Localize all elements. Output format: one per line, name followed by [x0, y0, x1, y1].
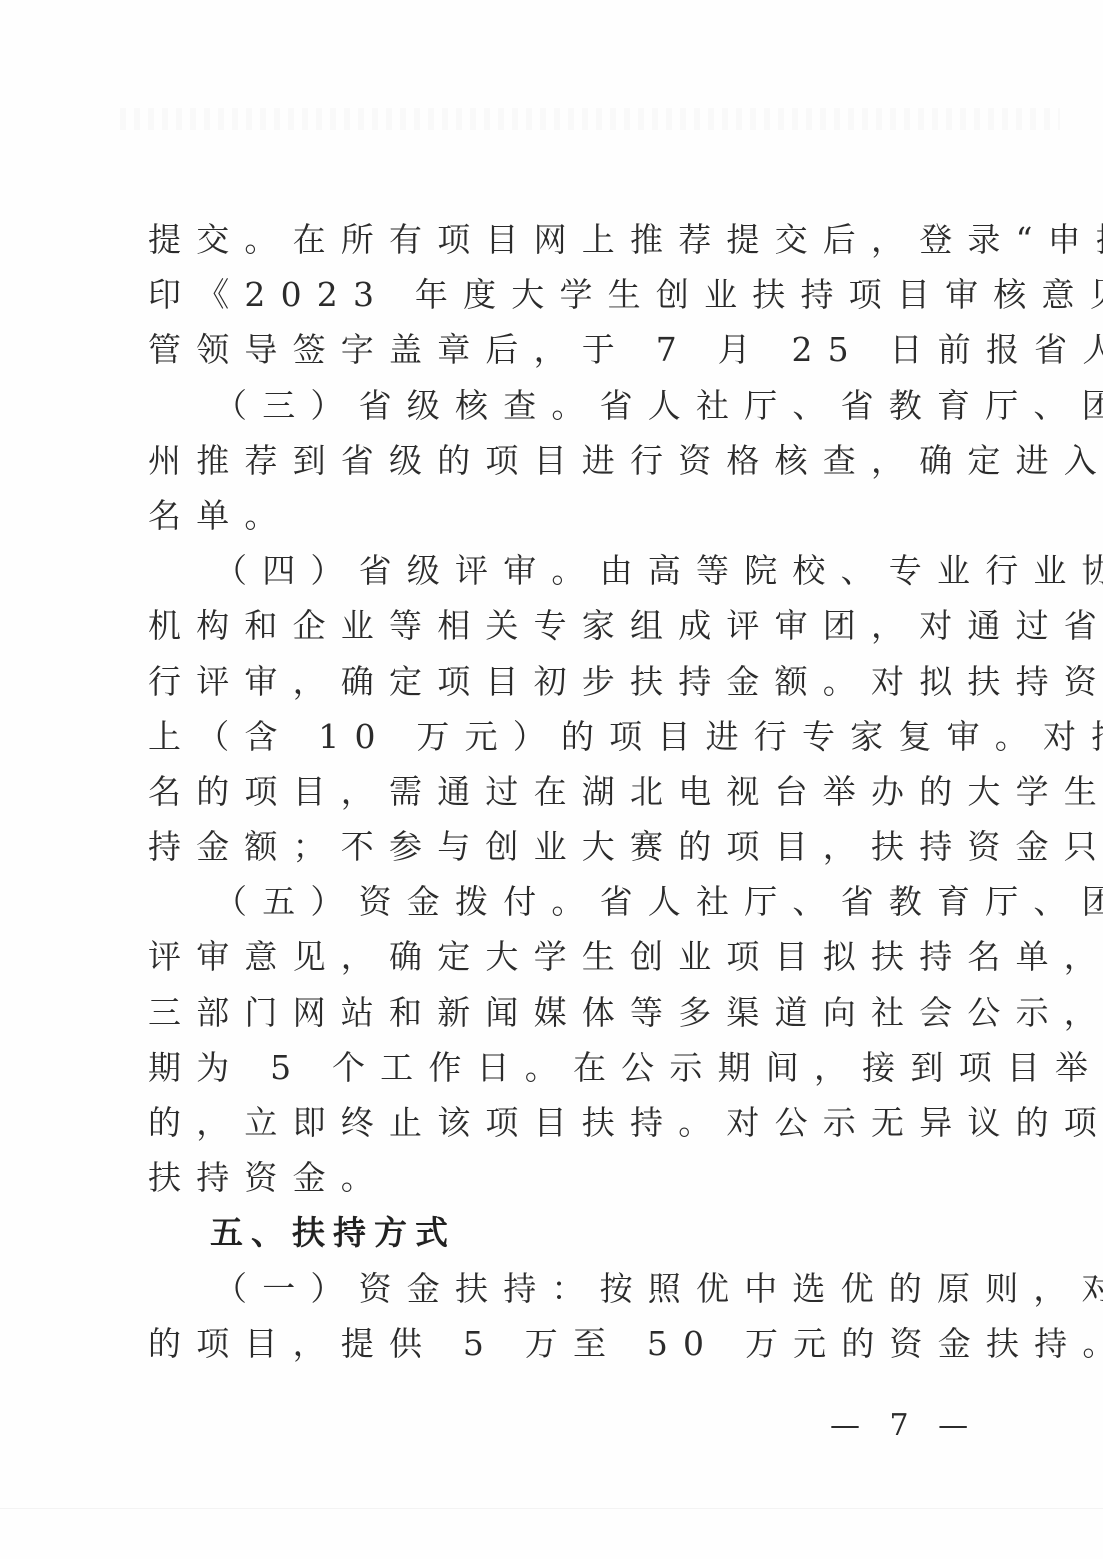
text-line: 的项目，提供 5 万至 50 万元的资金扶持。 [148, 1316, 928, 1371]
text-line: 行评审，确定项目初步扶持金额。对拟扶持资金在 10 万元以 [148, 654, 928, 709]
page-number: — 7 — [830, 1408, 978, 1443]
text-line: 名单。 [148, 488, 928, 543]
document-body: 提交。在所有项目网上推荐提交后，登录“申报平台”下载打 印《2023 年度大学生… [148, 212, 928, 1371]
text-line: 名的项目，需通过在湖北电视台举办的大学生创业大赛确定扶 [148, 764, 928, 819]
text-line: 州推荐到省级的项目进行资格核查，确定进入省级评审项目 [148, 433, 928, 488]
text-line: 机构和企业等相关专家组成评审团，对通过省级核查的项目进 [148, 598, 928, 653]
text-line: 持金额；不参与创业大赛的项目，扶持资金只给予 8 万元资助。 [148, 819, 928, 874]
text-line: 评审意见，确定大学生创业项目拟扶持名单，通过申报平台、 [148, 929, 928, 984]
scan-bleed-through [120, 108, 1060, 130]
paragraph-fund-allocation-first-line: （五）资金拨付。省人社厅、省教育厅、团省委根据专家 [148, 874, 928, 929]
text-line: 三部门网站和新闻媒体等多渠道向社会公示，接受监督，公示 [148, 985, 928, 1040]
paragraph-fund-support-first-line: （一）资金扶持：按照优中选优的原则，对每个通过评审 [148, 1261, 928, 1316]
scan-edge-line [0, 1508, 1103, 1509]
text-line: 提交。在所有项目网上推荐提交后，登录“申报平台”下载打 [148, 212, 928, 267]
text-line: 印《2023 年度大学生创业扶持项目审核意见汇总表》单位分 [148, 267, 928, 322]
paragraph-provincial-review-first-line: （四）省级评审。由高等院校、专业行业协会、风险投资 [148, 543, 928, 598]
text-line: 的，立即终止该项目扶持。对公示无异议的项目，按规定拨付 [148, 1095, 928, 1150]
paragraph-provincial-check-first-line: （三）省级核查。省人社厅、省教育厅、团省委联合对市 [148, 378, 928, 433]
text-line: 管领导签字盖章后，于 7 月 25 日前报省人社厅。 [148, 322, 928, 377]
text-line: 扶持资金。 [148, 1150, 928, 1205]
section-heading: 五、扶持方式 [148, 1205, 928, 1260]
text-line: 上（含 10 万元）的项目进行专家复审。对拟扶持资金在前十 [148, 709, 928, 764]
document-page: 提交。在所有项目网上推荐提交后，登录“申报平台”下载打 印《2023 年度大学生… [0, 0, 1103, 1559]
text-line: 期为 5 个工作日。在公示期间，接到项目举报线索，一经核实 [148, 1040, 928, 1095]
